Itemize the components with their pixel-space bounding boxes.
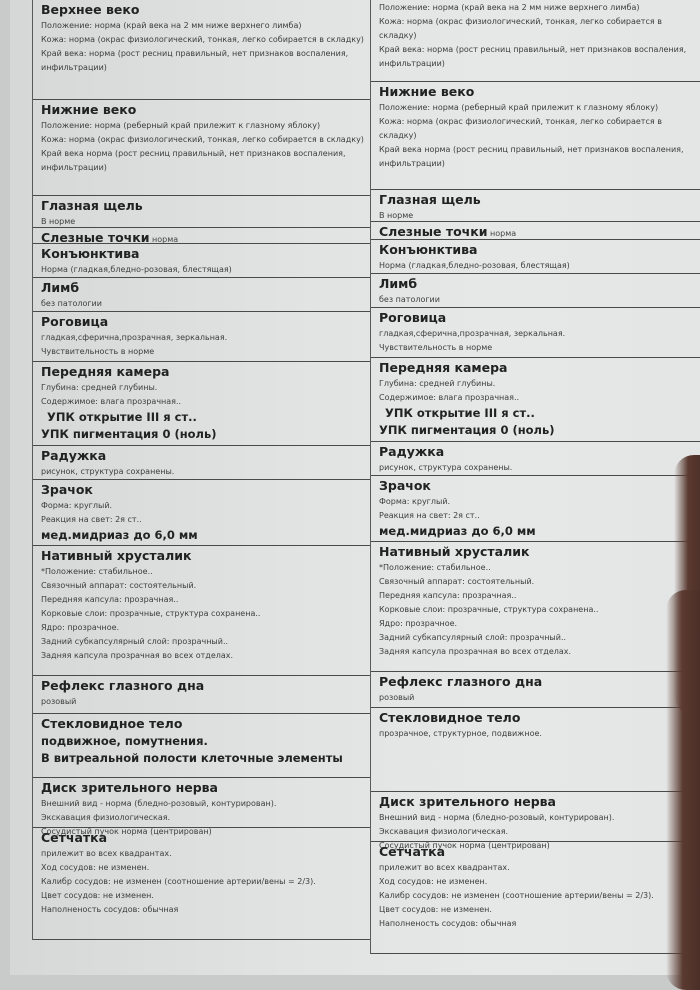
finding-line: Передняя капсула: прозрачная.. (379, 589, 695, 603)
finding-line-bold: В витреальной полости клеточные элементы (41, 750, 365, 767)
section-сетчатка: Сетчаткаприлежит во всех квадрантах.Ход … (33, 828, 371, 940)
finding-line: Внешний вид - норма (бледно-розовый, кон… (41, 797, 365, 811)
section-title: Глазная щель (41, 197, 365, 215)
finding-line-bold: мед.мидриаз до 6,0 мм (41, 527, 365, 544)
finding-line: Реакция на свет: 2я ст.. (379, 509, 695, 523)
finding-line: Глубина: средней глубины. (41, 381, 365, 395)
finding-line: Положение: норма (край века на 2 мм ниже… (41, 19, 365, 33)
section-title: Лимб (41, 279, 365, 297)
section-title: Роговица (379, 309, 695, 327)
finding-line: Ядро: прозрачное. (379, 617, 695, 631)
finding-line: Глубина: средней глубины. (379, 377, 695, 391)
finding-line-bold: УПК открытие III я ст.. (41, 409, 365, 426)
finding-line: Край века: норма (рост ресниц правильный… (41, 47, 365, 75)
section-конъюнктива: КонъюнктиваНорма (гладкая,бледно-розовая… (371, 240, 700, 274)
finding-line: *Положение: стабильное.. (379, 561, 695, 575)
finding-line: прилежит во всех квадрантах. (41, 847, 365, 861)
finding-line: Содержимое: влага прозрачная.. (379, 391, 695, 405)
finding-line-bold: УПК пигментация 0 (ноль) (379, 422, 695, 439)
right-eye-column: Положение: норма (край века на 2 мм ниже… (370, 0, 700, 954)
section-стекловидное-тело: Стекловидное телоподвижное, помутнения.В… (33, 714, 371, 778)
finding-line: Чувствительность в норме (379, 341, 695, 355)
finding-line: прозрачное, структурное, подвижное. (379, 727, 695, 741)
section-title: Зрачок (379, 477, 695, 495)
finding-line: Наполненость сосудов: обычная (41, 903, 365, 917)
finding-line: В норме (41, 215, 365, 229)
section-рефлекс-глазного-дна: Рефлекс глазного днарозовый (33, 676, 371, 714)
finding-line: Норма (гладкая,бледно-розовая, блестящая… (379, 259, 695, 273)
section-title: Конъюнктива (41, 245, 365, 263)
finding-line: Положение: норма (край века на 2 мм ниже… (379, 1, 695, 15)
section-верхнее-веко: Верхнее векоПоложение: норма (край века … (33, 0, 371, 100)
finding-line: Экскавация физиологическая. (41, 811, 365, 825)
section-слезные-точки: Слезные точки норма (33, 228, 371, 244)
section-title: Конъюнктива (379, 241, 695, 259)
finding-line: рисунок, структура сохранены. (379, 461, 695, 475)
section-лимб: Лимббез патологии (371, 274, 700, 308)
section-сетчатка: Сетчаткаприлежит во всех квадрантах.Ход … (371, 842, 700, 954)
section-передняя-камера: Передняя камераГлубина: средней глубины.… (33, 362, 371, 446)
section-title: Верхнее веко (41, 1, 365, 19)
section-нативный-хрусталик: Нативный хрусталик*Положение: стабильное… (371, 542, 700, 672)
finding-line: без патологии (379, 293, 695, 307)
finding-line: Наполненость сосудов: обычная (379, 917, 695, 931)
finding-line: Задний субкапсулярный слой: прозрачный.. (41, 635, 365, 649)
finding-line: Внешний вид - норма (бледно-розовый, кон… (379, 811, 695, 825)
finding-line: Содержимое: влага прозрачная.. (41, 395, 365, 409)
section-роговица: Роговицагладкая,сферична,прозрачная, зер… (33, 312, 371, 362)
finding-line: гладкая,сферична,прозрачная, зеркальная. (379, 327, 695, 341)
finding-line: Задняя капсула прозрачная во всех отдела… (41, 649, 365, 663)
section-зрачок: ЗрачокФорма: круглый.Реакция на свет: 2я… (33, 480, 371, 546)
finding-line: Кожа: норма (окрас физиологический, тонк… (379, 115, 695, 143)
finding-line: Край века: норма (рост ресниц правильный… (379, 43, 695, 71)
finding-line: Форма: круглый. (379, 495, 695, 509)
finding-line: Калибр сосудов: не изменен (соотношение … (379, 889, 695, 903)
finding-line: Корковые слои: прозрачные, структура сох… (379, 603, 695, 617)
finding-line: Положение: норма (реберный край прилежит… (379, 101, 695, 115)
finding-line: Корковые слои: прозрачные, структура сох… (41, 607, 365, 621)
finding-line: Задняя капсула прозрачная во всех отдела… (379, 645, 695, 659)
section-continued: Положение: норма (край века на 2 мм ниже… (371, 0, 700, 82)
finding-line: прилежит во всех квадрантах. (379, 861, 695, 875)
finding-line: Ход сосудов: не изменен. (379, 875, 695, 889)
finding-line: рисунок, структура сохранены. (41, 465, 365, 479)
left-eye-column: Верхнее векоПоложение: норма (край века … (32, 0, 371, 940)
section-роговица: Роговицагладкая,сферична,прозрачная, зер… (371, 308, 700, 358)
finding-line: Связочный аппарат: состоятельный. (41, 579, 365, 593)
finding-line: Ход сосудов: не изменен. (41, 861, 365, 875)
section-inline-value: норма (150, 235, 179, 244)
section-title: Диск зрительного нерва (41, 779, 365, 797)
section-title: Рефлекс глазного дна (41, 677, 365, 695)
section-title: Зрачок (41, 481, 365, 499)
section-title: Стекловидное тело (379, 709, 695, 727)
finding-line: гладкая,сферична,прозрачная, зеркальная. (41, 331, 365, 345)
finding-line: Передняя капсула: прозрачная.. (41, 593, 365, 607)
section-лимб: Лимббез патологии (33, 278, 371, 312)
document-page: Верхнее векоПоложение: норма (край века … (10, 0, 700, 975)
finding-line: *Положение: стабильное.. (41, 565, 365, 579)
section-глазная-щель: Глазная щельВ норме (33, 196, 371, 228)
finding-line: Кожа: норма (окрас физиологический, тонк… (41, 133, 365, 147)
section-title: Радужка (41, 447, 365, 465)
section-передняя-камера: Передняя камераГлубина: средней глубины.… (371, 358, 700, 442)
finding-line: В норме (379, 209, 695, 223)
section-радужка: Радужкарисунок, структура сохранены. (33, 446, 371, 480)
finding-line: Калибр сосудов: не изменен (соотношение … (41, 875, 365, 889)
finding-line-bold: подвижное, помутнения. (41, 733, 365, 750)
section-title: Диск зрительного нерва (379, 793, 695, 811)
section-title: Стекловидное тело (41, 715, 365, 733)
finding-line: Край века норма (рост ресниц правильный,… (41, 147, 365, 175)
hand-shadow (666, 590, 700, 990)
finding-line: Цвет сосудов: не изменен. (379, 903, 695, 917)
finding-line: Связочный аппарат: состоятельный. (379, 575, 695, 589)
finding-line: Экскавация физиологическая. (379, 825, 695, 839)
finding-line-bold: мед.мидриаз до 6,0 мм (379, 523, 695, 540)
section-зрачок: ЗрачокФорма: круглый.Реакция на свет: 2я… (371, 476, 700, 542)
finding-line: Цвет сосудов: не изменен. (41, 889, 365, 903)
section-стекловидное-тело: Стекловидное телопрозрачное, структурное… (371, 708, 700, 792)
finding-line: Положение: норма (реберный край прилежит… (41, 119, 365, 133)
finding-line: Норма (гладкая,бледно-розовая, блестящая… (41, 263, 365, 277)
section-title: Радужка (379, 443, 695, 461)
finding-line: без патологии (41, 297, 365, 311)
section-title: Рефлекс глазного дна (379, 673, 695, 691)
finding-line: Задний субкапсулярный слой: прозрачный.. (379, 631, 695, 645)
finding-line-bold: УПК открытие III я ст.. (379, 405, 695, 422)
section-title: Нативный хрусталик (379, 543, 695, 561)
finding-line: Реакция на свет: 2я ст.. (41, 513, 365, 527)
section-слезные-точки: Слезные точки норма (371, 222, 700, 240)
section-нижние-веко: Нижние векоПоложение: норма (реберный кр… (371, 82, 700, 190)
finding-line: Форма: круглый. (41, 499, 365, 513)
section-радужка: Радужкарисунок, структура сохранены. (371, 442, 700, 476)
section-title: Лимб (379, 275, 695, 293)
finding-line: Кожа: норма (окрас физиологический, тонк… (379, 15, 695, 43)
section-title: Передняя камера (379, 359, 695, 377)
finding-line: Ядро: прозрачное. (41, 621, 365, 635)
section-title: Нижние веко (41, 101, 365, 119)
section-диск-зрительного-нерва: Диск зрительного нерваВнешний вид - норм… (33, 778, 371, 828)
finding-line: Кожа: норма (окрас физиологический, тонк… (41, 33, 365, 47)
section-конъюнктива: КонъюнктиваНорма (гладкая,бледно-розовая… (33, 244, 371, 278)
finding-line: Чувствительность в норме (41, 345, 365, 359)
finding-line: розовый (41, 695, 365, 709)
section-title: Роговица (41, 313, 365, 331)
section-глазная-щель: Глазная щельВ норме (371, 190, 700, 222)
finding-line-bold: УПК пигментация 0 (ноль) (41, 426, 365, 443)
finding-line: розовый (379, 691, 695, 705)
section-inline-value: норма (488, 229, 517, 238)
section-title: Нативный хрусталик (41, 547, 365, 565)
finding-line: Край века норма (рост ресниц правильный,… (379, 143, 695, 171)
section-нативный-хрусталик: Нативный хрусталик*Положение: стабильное… (33, 546, 371, 676)
section-title: Глазная щель (379, 191, 695, 209)
section-нижние-веко: Нижние векоПоложение: норма (реберный кр… (33, 100, 371, 196)
section-рефлекс-глазного-дна: Рефлекс глазного днарозовый (371, 672, 700, 708)
section-диск-зрительного-нерва: Диск зрительного нерваВнешний вид - норм… (371, 792, 700, 842)
section-title: Нижние веко (379, 83, 695, 101)
section-title: Передняя камера (41, 363, 365, 381)
